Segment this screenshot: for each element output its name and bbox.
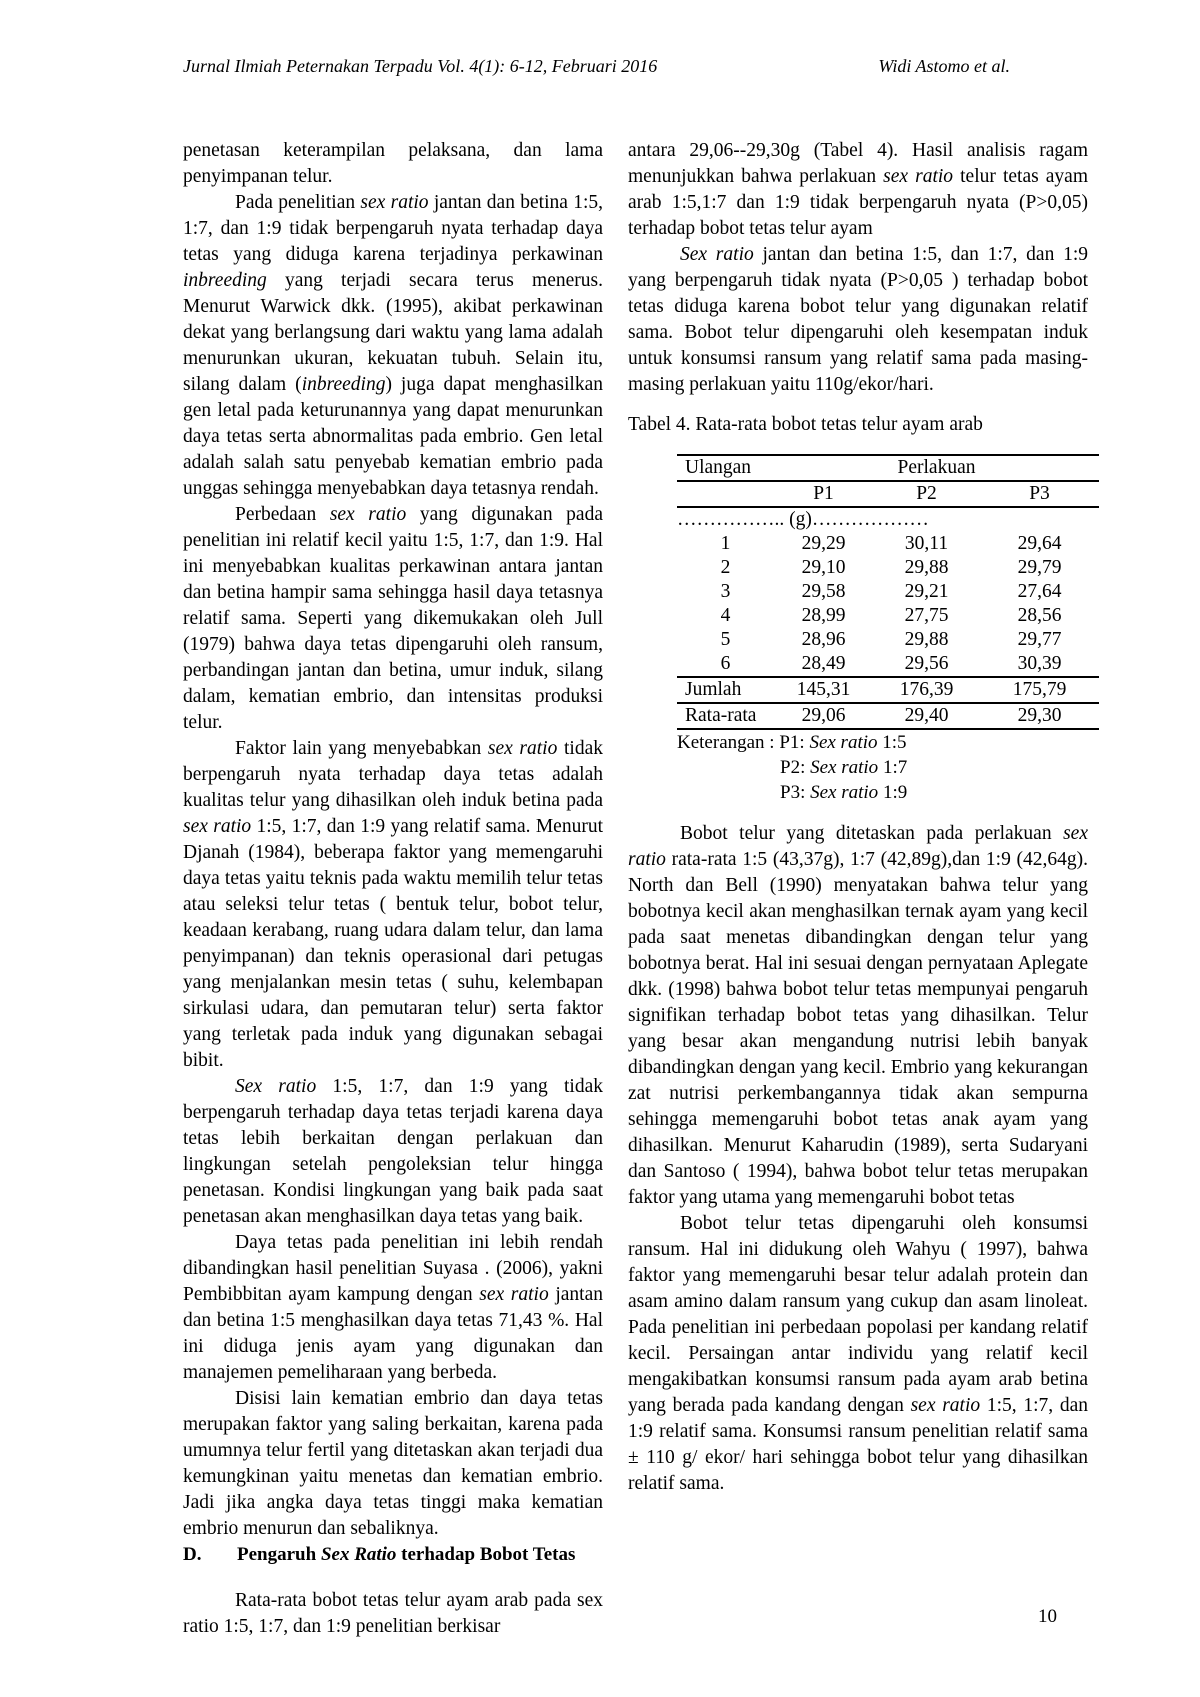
- table-cell: 27,75: [873, 604, 980, 628]
- table-cell: 29,79: [980, 556, 1099, 580]
- table-footnote: Keterangan : P1: Sex ratio 1:5P2: Sex ra…: [677, 730, 1088, 805]
- paragraph: Sex ratio 1:5, 1:7, dan 1:9 yang tidak b…: [183, 1074, 603, 1230]
- footnote-line: Keterangan : P1: Sex ratio 1:5: [677, 730, 1088, 755]
- paragraph: Sex ratio jantan dan betina 1:5, dan 1:7…: [628, 242, 1088, 398]
- section-heading: D.Pengaruh Sex Ratio terhadap Bobot Teta…: [183, 1542, 603, 1568]
- footnote-line: P2: Sex ratio 1:7: [677, 755, 1088, 780]
- text-run: sex ratio: [911, 1395, 981, 1416]
- table-cell: 176,39: [873, 677, 980, 703]
- text-run: sex ratio: [479, 1284, 548, 1305]
- text-run: P3:: [780, 782, 810, 803]
- text-run: Bobot telur yang ditetaskan pada perlaku…: [680, 823, 1063, 844]
- table-row: 628,4929,5630,39: [677, 652, 1099, 677]
- text-run: sex ratio: [488, 738, 557, 759]
- authors-running-head: Widi Astomo et al.: [878, 54, 1010, 78]
- table-cell: 28,56: [980, 604, 1099, 628]
- text-run: penetasan keterampilan pelaksana, dan la…: [183, 140, 603, 187]
- table-cell: 29,40: [873, 703, 980, 729]
- heading-label: D.: [183, 1542, 237, 1568]
- table-cell: 2: [677, 556, 774, 580]
- text-run: Rata-rata bobot tetas telur ayam arab pa…: [183, 1590, 603, 1637]
- table-cell: 175,79: [980, 677, 1099, 703]
- text-run: Tabel 4. Rata-rata bobot tetas telur aya…: [628, 414, 983, 435]
- table-cell: 29,64: [980, 532, 1099, 556]
- paragraph: Perbedaan sex ratio yang digunakan pada …: [183, 502, 603, 736]
- journal-page: Jurnal Ilmiah Peternakan Terpadu Vol. 4(…: [0, 0, 1200, 1697]
- text-run: Sex ratio: [235, 1076, 316, 1097]
- text-run: Perbedaan: [235, 504, 330, 525]
- column-group-header: Perlakuan: [774, 455, 1099, 481]
- table-cell: 29,88: [873, 628, 980, 652]
- table-subheader-row: P1P2P3: [677, 481, 1099, 507]
- text-run: 1:5, 1:7, dan 1:9 yang relatif sama. Men…: [183, 816, 603, 1071]
- text-run: Sex ratio: [810, 782, 878, 803]
- table-row: 329,5829,2127,64: [677, 580, 1099, 604]
- table-cell: 145,31: [774, 677, 873, 703]
- text-run: sex ratio: [330, 504, 406, 525]
- column-header: P3: [980, 481, 1099, 507]
- table-row: 528,9629,8829,77: [677, 628, 1099, 652]
- table-cell: 4: [677, 604, 774, 628]
- text-run: inbreeding: [302, 374, 386, 395]
- table-cell: 5: [677, 628, 774, 652]
- paragraph: penetasan keterampilan pelaksana, dan la…: [183, 138, 603, 190]
- text-run: Pada penelitian: [235, 192, 360, 213]
- text-run: inbreeding: [183, 270, 267, 291]
- text-run: Sex ratio: [810, 757, 878, 778]
- text-run: Pengaruh: [237, 1544, 321, 1565]
- heading-text: Pengaruh Sex Ratio terhadap Bobot Tetas: [237, 1542, 575, 1568]
- journal-title: Jurnal Ilmiah Peternakan Terpadu Vol. 4(…: [183, 54, 657, 78]
- paragraph: Daya tetas pada penelitian ini lebih ren…: [183, 1230, 603, 1386]
- text-run: 1:7: [878, 757, 907, 778]
- table-cell: 28,49: [774, 652, 873, 677]
- table-cell: 28,96: [774, 628, 873, 652]
- table-cell: 1: [677, 532, 774, 556]
- right-column: antara 29,06--29,30g (Tabel 4). Hasil an…: [628, 138, 1088, 1640]
- table-row: 229,1029,8829,79: [677, 556, 1099, 580]
- table-cell: 29,58: [774, 580, 873, 604]
- table-grid: UlanganPerlakuanP1P2P3…………….. (g)………………1…: [677, 454, 1099, 730]
- table-cell: 30,11: [873, 532, 980, 556]
- text-run: Disisi lain kematian embrio dan daya tet…: [183, 1388, 603, 1539]
- table-cell: 29,21: [873, 580, 980, 604]
- table-cell: 3: [677, 580, 774, 604]
- text-run: Sex ratio: [680, 244, 754, 265]
- text-run: Bobot telur tetas dipengaruhi oleh konsu…: [628, 1213, 1088, 1416]
- table-cell: 29,77: [980, 628, 1099, 652]
- text-run: sex ratio: [183, 816, 251, 837]
- total-row: Jumlah145,31176,39175,79: [677, 677, 1099, 703]
- text-run: sex ratio: [883, 166, 953, 187]
- table-cell: Jumlah: [677, 677, 774, 703]
- table-cell: 29,10: [774, 556, 873, 580]
- column-header: P2: [873, 481, 980, 507]
- text-run: P2:: [780, 757, 810, 778]
- text-run: Sex ratio: [809, 732, 877, 753]
- text-run: yang digunakan pada penelitian ini relat…: [183, 504, 603, 733]
- paragraph: Faktor lain yang menyebabkan sex ratio t…: [183, 736, 603, 1074]
- paragraph: Disisi lain kematian embrio dan daya tet…: [183, 1386, 603, 1542]
- table-cell: 29,06: [774, 703, 873, 729]
- table-cell: 29,29: [774, 532, 873, 556]
- text-run: sex ratio: [360, 192, 428, 213]
- unit-row: …………….. (g)………………: [677, 507, 1099, 532]
- text-run: 1:5: [878, 732, 907, 753]
- data-table: UlanganPerlakuanP1P2P3…………….. (g)………………1…: [677, 454, 1099, 730]
- paragraph: Pada penelitian sex ratio jantan dan bet…: [183, 190, 603, 502]
- text-run: terhadap Bobot Tetas: [396, 1544, 575, 1565]
- paragraph: Rata-rata bobot tetas telur ayam arab pa…: [183, 1588, 603, 1640]
- text-run: rata-rata 1:5 (43,37g), 1:7 (42,89g),dan…: [628, 849, 1088, 1208]
- column-header: Ulangan: [677, 455, 774, 481]
- table-cell: 29,56: [873, 652, 980, 677]
- footnote-line: P3: Sex ratio 1:9: [677, 780, 1088, 805]
- table-cell: 27,64: [980, 580, 1099, 604]
- empty-cell: [677, 481, 774, 507]
- left-column: penetasan keterampilan pelaksana, dan la…: [183, 138, 603, 1640]
- table-cell: 29,88: [873, 556, 980, 580]
- table-row: 129,2930,1129,64: [677, 532, 1099, 556]
- table-cell: 6: [677, 652, 774, 677]
- page-header: Jurnal Ilmiah Peternakan Terpadu Vol. 4(…: [183, 54, 1010, 78]
- page-number: 10: [1038, 1606, 1057, 1628]
- text-run: jantan dan betina 1:5, dan 1:7, dan 1:9 …: [628, 244, 1088, 395]
- paragraph: Bobot telur tetas dipengaruhi oleh konsu…: [628, 1211, 1088, 1497]
- table-header-row: UlanganPerlakuan: [677, 455, 1099, 481]
- two-column-body: penetasan keterampilan pelaksana, dan la…: [183, 138, 1088, 1640]
- text-run: Sex Ratio: [321, 1544, 396, 1565]
- paragraph: Bobot telur yang ditetaskan pada perlaku…: [628, 821, 1088, 1211]
- text-run: 1:9: [878, 782, 907, 803]
- text-run: Faktor lain yang menyebabkan: [235, 738, 488, 759]
- table-cell: 29,30: [980, 703, 1099, 729]
- table-row: 428,9927,7528,56: [677, 604, 1099, 628]
- table-caption: Tabel 4. Rata-rata bobot tetas telur aya…: [628, 412, 1088, 438]
- table-cell: 28,99: [774, 604, 873, 628]
- paragraph: antara 29,06--29,30g (Tabel 4). Hasil an…: [628, 138, 1088, 242]
- table-cell: Rata-rata: [677, 703, 774, 729]
- text-run: 1:5, 1:7, dan 1:9 yang tidak berpengaruh…: [183, 1076, 603, 1227]
- text-run: Keterangan : P1:: [677, 732, 809, 753]
- column-header: P1: [774, 481, 873, 507]
- table-cell: 30,39: [980, 652, 1099, 677]
- unit-cell: …………….. (g)………………: [677, 507, 1099, 532]
- average-row: Rata-rata29,0629,4029,30: [677, 703, 1099, 729]
